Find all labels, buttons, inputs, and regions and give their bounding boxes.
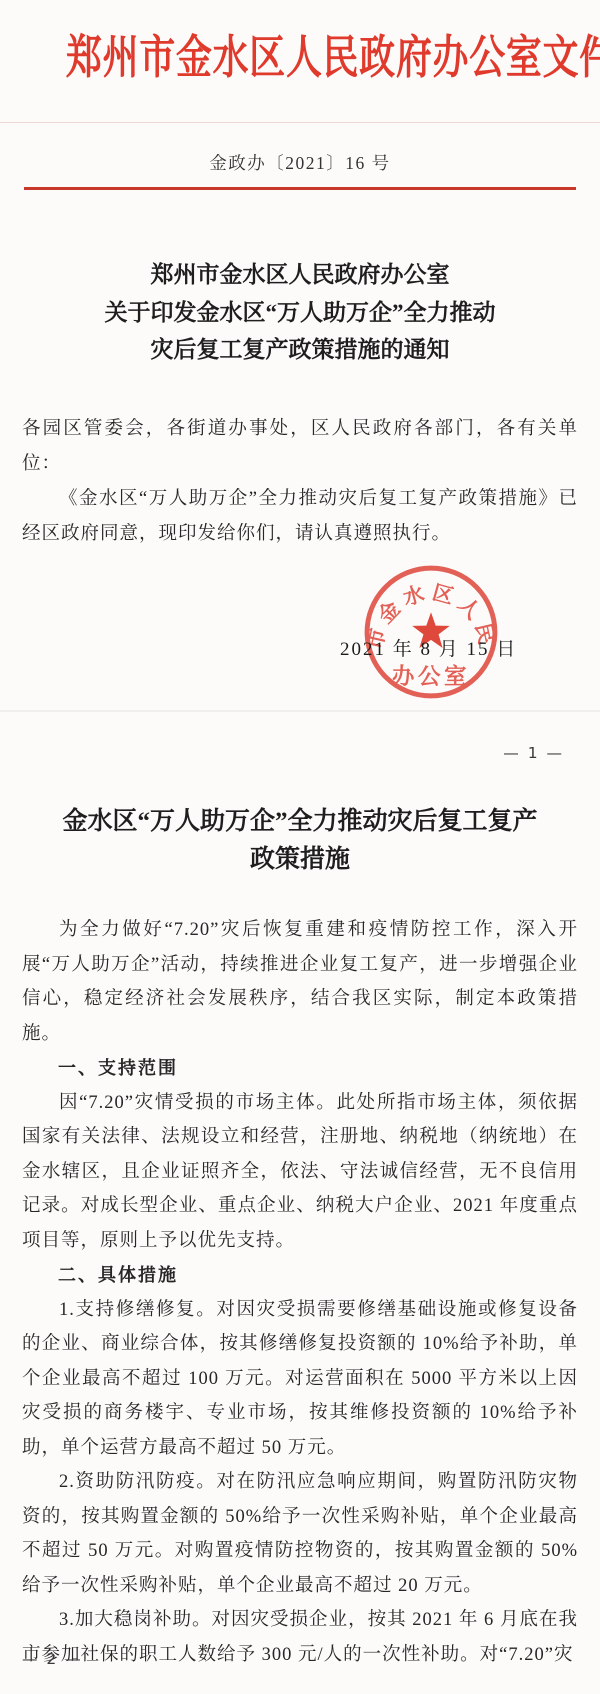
page-2-number: — 2 —	[22, 1650, 83, 1668]
document-banner: 郑州市金水区人民政府办公室文件	[66, 26, 534, 90]
notice-body: 《金水区“万人助万企”全力推动灾后复工复产政策措施》已经区政府同意，现印发给你们…	[22, 482, 578, 552]
section-heading-1: 一、支持范围	[22, 1051, 578, 1086]
page-break-band	[0, 710, 600, 712]
scan-artifact-line	[0, 122, 600, 123]
notice-title: 郑州市金水区人民政府办公室 关于印发金水区“万人助万企”全力推动 灾后复工复产政…	[25, 256, 575, 369]
policy-body-block: 为全力做好“7.20”灾后恢复重建和疫情防控工作，深入开展“万人助万企”活动，持…	[22, 913, 578, 1672]
doc-number: 金政办〔2021〕16 号	[0, 150, 600, 175]
measure-1-paragraph: 1.支持修缮修复。对因灾受损需要修缮基础设施或修复设备的企业、商业综合体，按其修…	[22, 1293, 578, 1466]
policy-title-line-1: 金水区“万人助万企”全力推动灾后复工复产	[25, 803, 575, 841]
policy-title: 金水区“万人助万企”全力推动灾后复工复产 政策措施	[25, 803, 575, 879]
section-1-paragraph: 因“7.20”灾情受损的市场主体。此处所指市场主体，须依据国家有关法律、法规设立…	[22, 1086, 578, 1259]
policy-title-line-2: 政策措施	[25, 841, 575, 879]
page-1-number: — 1 —	[503, 744, 564, 762]
red-divider-rule	[24, 187, 576, 190]
seal-office-text: 办公室	[392, 663, 470, 689]
notice-body-block: 各园区管委会，各街道办事处，区人民政府各部门，各有关单位： 《金水区“万人助万企…	[22, 412, 578, 552]
notice-title-line-2: 关于印发金水区“万人助万企”全力推动	[25, 294, 575, 332]
policy-intro-paragraph: 为全力做好“7.20”灾后恢复重建和疫情防控工作，深入开展“万人助万企”活动，持…	[22, 913, 578, 1051]
notice-title-line-3: 灾后复工复产政策措施的通知	[25, 331, 575, 369]
issue-date: 2021 年 8 月 15 日	[340, 634, 517, 661]
notice-title-line-1: 郑州市金水区人民政府办公室	[25, 256, 575, 294]
measure-2-paragraph: 2.资助防汛防疫。对在防汛应急响应期间，购置防汛防灾物资的，按其购置金额的 50…	[22, 1465, 578, 1603]
official-seal: 郑州市金水区人民政府 办公室	[359, 560, 503, 704]
measure-3-paragraph: 3.加大稳岗补助。对因灾受损企业，按其 2021 年 6 月底在我市参加社保的职…	[22, 1603, 578, 1672]
section-heading-2: 二、具体措施	[22, 1258, 578, 1293]
salutation: 各园区管委会，各街道办事处，区人民政府各部门，各有关单位：	[22, 412, 578, 482]
